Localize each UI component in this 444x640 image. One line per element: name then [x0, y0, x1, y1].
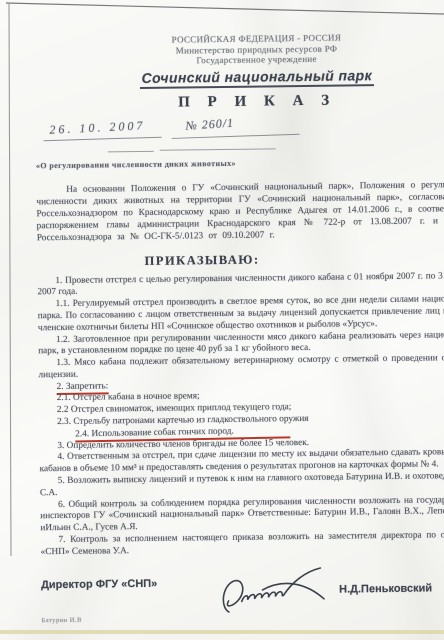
paper-bottom-edge [0, 630, 444, 634]
organization-name-text: Сочинский национальный парк [140, 67, 375, 89]
paper-top-edge [6, 3, 444, 14]
rule-segment [108, 150, 154, 152]
rule-segment [160, 148, 276, 150]
order-item: 1.1. Регулируемый отстрел производить в … [38, 294, 444, 335]
order-heading: ПРИКАЗЫВАЮ: [37, 251, 367, 270]
handwritten-number: № 260/1 [185, 115, 235, 133]
order-item: 6. Общий контроль за соблюдением порядка… [40, 494, 444, 535]
document-content: РОССИЙСКАЯ ФЕДЕРАЦИЯ - РОССИЯ Министерст… [34, 31, 444, 624]
handwritten-date: 26. 10. 2007 [49, 118, 146, 138]
letterhead-institution: Государственное учреждение [107, 53, 407, 67]
preamble-paragraph: На основании Положения о ГУ «Сочинский н… [36, 178, 444, 244]
date-number-row: 26. 10. 2007 № 260/1 [35, 113, 444, 144]
paper-left-edge [9, 4, 11, 556]
order-item: 7. Контроль за исполнением настоящего пр… [40, 530, 444, 559]
order-items: 1. Провести отстрел с целью регулировани… [37, 270, 444, 559]
document-type-title: П Р И К А З [107, 91, 407, 112]
signer-position: Директор ФГУ «СНП» [41, 577, 157, 590]
number-blank-line [172, 133, 300, 138]
scanned-document-page: РОССИЙСКАЯ ФЕДЕРАЦИЯ - РОССИЯ Министерст… [0, 0, 444, 640]
signature-block: Директор ФГУ «СНП» Н.Д.Пеньковский [41, 569, 444, 616]
signer-name: Н.Д.Пеньковский [339, 582, 432, 595]
organization-name: Сочинский национальный парк [107, 66, 407, 86]
